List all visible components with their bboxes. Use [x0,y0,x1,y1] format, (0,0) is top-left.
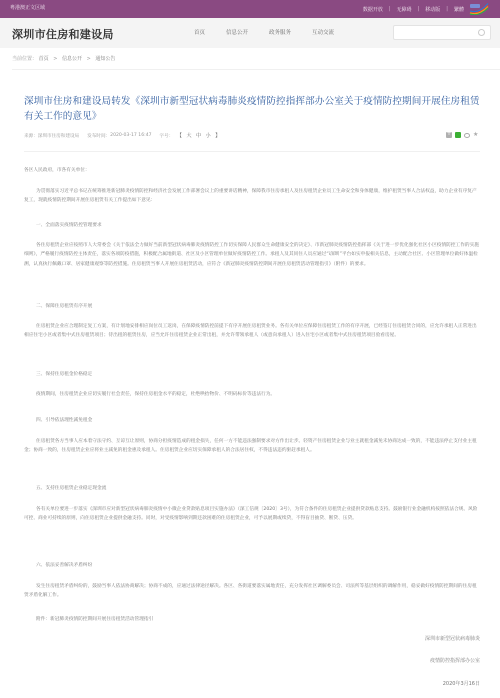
signature-org-line2: 疫情防控指挥部办公室 [430,657,480,664]
section-heading: 四、引导依法理性减免租金 [36,416,492,425]
breadcrumb-separator: > [87,56,91,62]
plus-share-icon[interactable] [446,132,452,138]
divider [24,151,480,152]
bracket: 【 [177,133,182,139]
share-bar: ★ [446,132,481,138]
source-label: 来源： [24,133,38,139]
wechat-icon[interactable] [455,132,461,138]
breadcrumb-notice[interactable]: 通知公告 [95,56,115,62]
breadcrumb-info-public[interactable]: 信息公开 [62,56,82,62]
signature-org-line1: 深圳市新型冠状病毒肺炎 [425,635,480,642]
breadcrumb-label: 当前位置： [12,56,37,62]
nav-gov-service[interactable]: 政务服务 [269,28,291,36]
fontsize-medium[interactable]: 中 [196,133,201,139]
section-paragraph: 住房租赁各方当事人应本着守法守约、互谅互让原则，协商分担疫情造成的租金损失，任何… [24,437,480,456]
favorite-star-icon[interactable]: ★ [473,132,478,138]
nav-home[interactable]: 首页 [194,28,205,36]
separator: | [418,6,420,12]
search-icon[interactable] [478,29,485,36]
attachment-link[interactable]: 附件：新冠肺炎疫情防控期间开展住房租赁活动管理指引 [36,615,492,624]
section-heading: 一、全面落实疫情防控管理要求 [36,221,492,230]
section-paragraph: 各有关单位要进一步落实《深圳市应对新型冠状病毒肺炎疫情中小微企业贷款贴息项目实施… [24,505,480,524]
region-label: 粤港澳正文区域 [10,4,45,11]
source-value: 深圳市住房和建设局 [38,133,79,139]
section-heading: 六、依法妥善解决矛盾纠纷 [36,561,492,570]
breadcrumb: 当前位置： 首页 > 信息公开 > 通知公告 [12,55,115,62]
top-bar: 粤港澳正文区域 数据开放 | 无障碍 | 移动版 | 繁體 [0,0,500,18]
fontsize-small[interactable]: 小 [206,133,211,139]
section-paragraph: 各住房租赁企业应按照市人大常委会《关于依法全力做好当前新型冠状病毒肺炎疫情防控工… [24,241,480,269]
salutation: 各区人民政府，市各有关单位： [24,166,480,175]
signature-date: 2020年3月16日 [443,680,480,687]
site-header: 深圳市住房和建设局 首页 信息公开 政务服务 互动交流 [0,18,500,48]
separator: | [389,6,391,12]
separator: | [446,6,448,12]
breadcrumb-home[interactable]: 首页 [39,56,49,62]
top-links: 数据开放 | 无障碍 | 移动版 | 繁體 [363,3,490,15]
section-paragraph: 住房租赁企业应合理制定复工方案，有计划地安排相应岗位员工返岗，在保障疫情防控前提… [24,322,480,341]
intro-paragraph: 为贯彻落实习近平总书记在统筹推进新冠肺炎疫情防控和经济社会发展工作部署会议上的重… [24,187,480,206]
section-paragraph: 疫情期间，住房租赁企业应切实履行社会责任，保持住房租金水平的稳定，杜绝哄抬物价、… [24,390,480,399]
nav-info-public[interactable]: 信息公开 [226,28,248,36]
article-title: 深圳市住房和建设局转发《深圳市新型冠状病毒肺炎疫情防控指挥部办公室关于疫情防控期… [24,95,484,124]
rainbow-logo-icon[interactable] [468,3,490,15]
fontsize-large[interactable]: 大 [186,133,191,139]
link-traditional[interactable]: 繁體 [454,6,464,13]
fontsize-controls: 【 大 中 小 】 [175,132,221,139]
section-paragraph: 发生住房租赁矛盾纠纷的，鼓励当事人依法协商解决；协商不成的，应通过法律途径解决。… [24,582,480,601]
nav-interaction[interactable]: 互动交流 [312,28,334,36]
section-heading: 二、保障住房租赁有序开展 [36,302,492,311]
article-meta: 来源： 深圳市住房和建设局 发布时间： 2020-03-17 16:47 字号：… [24,132,222,139]
section-heading: 三、保持住房租金价格稳定 [36,370,492,379]
main-nav: 首页 信息公开 政务服务 互动交流 [194,28,355,36]
divider [12,69,500,70]
weibo-icon[interactable] [464,133,470,138]
bracket: 】 [215,133,220,139]
section-heading: 五、支持住房租赁企业稳定现金流 [36,484,492,493]
time-label: 发布时间： [87,133,110,139]
link-accessibility[interactable]: 无障碍 [397,6,412,13]
link-data-open[interactable]: 数据开放 [363,6,383,13]
fontsize-label: 字号： [160,133,174,139]
site-title[interactable]: 深圳市住房和建设局 [12,26,114,42]
search-input[interactable] [393,25,491,40]
breadcrumb-separator: > [53,56,57,62]
publish-time: 2020-03-17 16:47 [110,133,151,138]
link-mobile[interactable]: 移动版 [425,6,440,13]
